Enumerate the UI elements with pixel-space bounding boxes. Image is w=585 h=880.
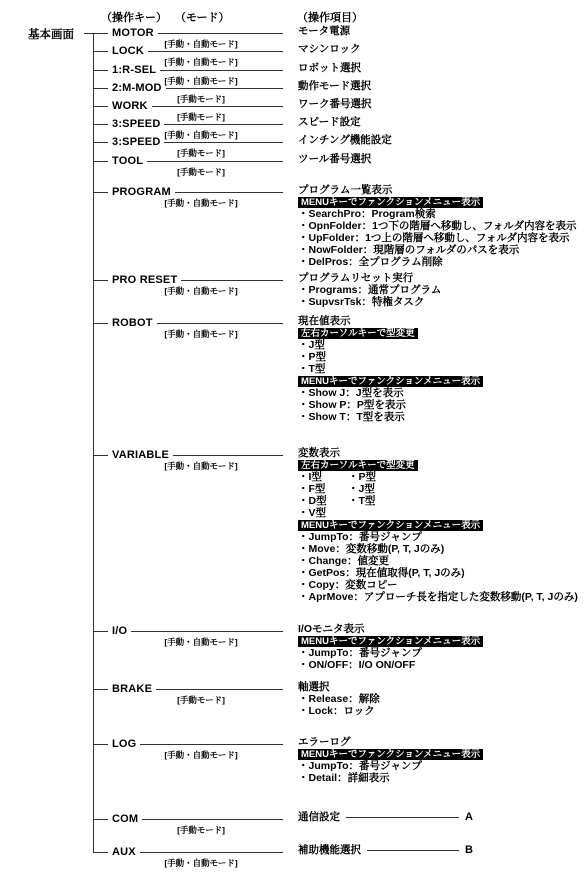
item-block-program: プログラム一覧表示MENUキーでファンクションメニュー表示・SearchPro：…	[298, 184, 576, 268]
function-item: ・UpFolder：1つ上の階層へ移動し、フォルダ内容を表示	[298, 232, 576, 244]
item-title-motor: モータ電源	[298, 25, 350, 37]
type-item: ・F型	[298, 483, 348, 495]
item-block-tool: ツール番号選択	[298, 153, 371, 165]
type-item: ・T型	[348, 495, 375, 507]
item-block-work: ワーク番号選択	[298, 98, 372, 110]
column-header-mode: （モード）	[175, 9, 230, 25]
function-item: ・Copy：変数コピー	[298, 579, 578, 591]
branch-line-i-o	[93, 631, 108, 632]
rule-line-aux	[140, 852, 283, 853]
function-item: ・Release：解除	[298, 693, 380, 705]
rule-line-1-r-sel	[160, 70, 283, 71]
inverted-note: 左右カーソルキーで型変更	[298, 460, 418, 471]
item-block-log: エラーログMENUキーでファンクションメニュー表示・JumpTo：番号ジャンプ・…	[298, 736, 483, 784]
item-title-work: ワーク番号選択	[298, 98, 372, 110]
rule-line-pro-reset	[181, 280, 283, 281]
rule-line-variable	[173, 455, 283, 456]
function-item: ・T型	[298, 363, 483, 375]
inverted-note: MENUキーでファンクションメニュー表示	[298, 376, 483, 387]
function-item: ・ON/OFF：I/O ON/OFF	[298, 659, 483, 671]
item-title-3-speed: インチング機能設定	[298, 134, 392, 146]
rule-line-2-m-mod	[166, 88, 283, 89]
root-label-basic-screen: 基本画面	[28, 26, 74, 42]
rule-line-work	[152, 106, 283, 107]
item-block-i-o: I/Oモニタ表示MENUキーでファンクションメニュー表示・JumpTo：番号ジャ…	[298, 623, 483, 671]
key-label-com: COM	[112, 813, 138, 825]
type-item: ・P型	[348, 471, 376, 483]
mode-label-pro-reset: [手動・自動モード]	[139, 285, 263, 297]
branch-line-variable	[93, 455, 108, 456]
item-line: MENUキーでファンクションメニュー表示	[298, 375, 483, 387]
function-item: ・Show T：T型を表示	[298, 411, 483, 423]
mode-label-brake: [手動モード]	[139, 694, 263, 706]
item-title-pro-reset: プログラムリセット実行	[298, 272, 441, 284]
item-title-tool: ツール番号選択	[298, 153, 371, 165]
function-item: ・J型	[298, 339, 483, 351]
item-title-i-o: I/Oモニタ表示	[298, 623, 483, 635]
function-item: ・OpnFolder：1つ下の階層へ移動し、フォルダ内容を表示	[298, 220, 576, 232]
inverted-note: MENUキーでファンクションメニュー表示	[298, 520, 483, 531]
mode-label-aux: [手動・自動モード]	[139, 857, 263, 869]
item-line: MENUキーでファンクションメニュー表示	[298, 196, 576, 208]
function-item: ・AprMove：アプローチ長を指定した変数移動(P, T, Jのみ)	[298, 591, 578, 603]
rule-line-tool	[147, 161, 283, 162]
rule-line-log	[140, 744, 283, 745]
item-label: 通信設定	[298, 811, 340, 823]
type-item: ・D型	[298, 495, 348, 507]
function-item: ・JumpTo：番号ジャンプ	[298, 760, 483, 772]
item-title-variable: 変数表示	[298, 447, 578, 459]
item-title-1-r-sel: ロボット選択	[298, 62, 361, 74]
branch-line-pro-reset	[93, 280, 108, 281]
function-item: ・NowFolder：現階層のフォルダのパスを表示	[298, 244, 576, 256]
rule-line-lock	[148, 51, 283, 52]
item-title-program: プログラム一覧表示	[298, 184, 576, 196]
item-block-2-m-mod: 動作モード選択	[298, 80, 371, 92]
item-block-1-r-sel: ロボット選択	[298, 62, 361, 74]
item-block-motor: モータ電源	[298, 25, 350, 37]
item-block-3-speed: インチング機能設定	[298, 134, 392, 146]
manual-page: { "header": { "col_key": "（操作キー）", "col_…	[0, 0, 585, 880]
branch-line-1-r-sel	[93, 70, 108, 71]
branch-line-3-speed	[93, 142, 108, 143]
function-item: ・V型	[298, 507, 578, 519]
item-block-variable: 変数表示左右カーソルキーで型変更・I型・P型・F型・J型・D型・T型・V型MEN…	[298, 447, 578, 603]
function-item: ・GetPos：現在値取得(P, T, Jのみ)	[298, 567, 578, 579]
function-item: ・Show J：J型を表示	[298, 387, 483, 399]
item-title-3-speed: スピード設定	[298, 116, 361, 128]
function-item: ・Show P：P型を表示	[298, 399, 483, 411]
branch-line-3-speed	[93, 124, 108, 125]
item-block-3-speed: スピード設定	[298, 116, 361, 128]
mode-label-com: [手動モード]	[139, 824, 263, 836]
item-block-pro-reset: プログラムリセット実行・Programs：通常プログラム・SupvsrTsk：特…	[298, 272, 441, 308]
item-block-aux: 補助機能選択B	[298, 844, 473, 856]
function-item: ・DelPros：全プログラム削除	[298, 256, 576, 268]
item-title-robot: 現在値表示	[298, 315, 483, 327]
page-ref-a: A	[465, 811, 473, 823]
inverted-note: 左右カーソルキーで型変更	[298, 328, 418, 339]
connector-line-aux	[367, 850, 459, 851]
function-item: ・JumpTo：番号ジャンプ	[298, 531, 578, 543]
rule-line-motor	[158, 33, 283, 34]
type-item-row: ・I型・P型	[298, 471, 578, 483]
item-title-aux: 補助機能選択B	[298, 844, 473, 856]
item-block-com: 通信設定A	[298, 811, 473, 823]
item-block-lock: マシンロック	[298, 43, 361, 55]
branch-line-work	[93, 106, 108, 107]
key-label-aux: AUX	[112, 846, 136, 858]
branch-line-aux	[93, 852, 108, 853]
column-header-operation-key: （操作キー）	[101, 9, 167, 25]
rule-line-i-o	[131, 631, 283, 632]
inverted-note: MENUキーでファンクションメニュー表示	[298, 636, 483, 647]
function-item: ・Change：値変更	[298, 555, 578, 567]
branch-line-com	[93, 819, 108, 820]
item-title-2-m-mod: 動作モード選択	[298, 80, 371, 92]
item-title-brake: 軸選択	[298, 681, 380, 693]
mode-label-log: [手動・自動モード]	[139, 749, 263, 761]
inverted-note: MENUキーでファンクションメニュー表示	[298, 197, 483, 208]
function-item: ・Move：変数移動(P, T, Jのみ)	[298, 543, 578, 555]
item-line: MENUキーでファンクションメニュー表示	[298, 519, 578, 531]
mode-label-robot: [手動・自動モード]	[139, 328, 263, 340]
branch-line-robot	[93, 323, 108, 324]
function-item: ・SearchPro：Program検索	[298, 208, 576, 220]
function-item: ・Lock：ロック	[298, 705, 380, 717]
rule-line-program	[175, 192, 283, 193]
branch-line-tool	[93, 161, 108, 162]
item-line: MENUキーでファンクションメニュー表示	[298, 748, 483, 760]
type-item: ・I型	[298, 471, 348, 483]
rule-line-com	[142, 819, 283, 820]
rule-line-robot	[157, 323, 283, 324]
branch-line-brake	[93, 689, 108, 690]
type-item-row: ・F型・J型	[298, 483, 578, 495]
item-block-robot: 現在値表示左右カーソルキーで型変更・J型・P型・T型MENUキーでファンクション…	[298, 315, 483, 423]
rule-line-3-speed	[164, 124, 283, 125]
function-item: ・Programs：通常プログラム	[298, 284, 441, 296]
branch-line-program	[93, 192, 108, 193]
branch-line-motor	[93, 33, 108, 34]
item-title-log: エラーログ	[298, 736, 483, 748]
column-header-operation-item: （操作項目）	[297, 9, 363, 25]
rule-line-brake	[156, 689, 283, 690]
type-item: ・J型	[348, 483, 375, 495]
item-block-brake: 軸選択・Release：解除・Lock：ロック	[298, 681, 380, 717]
connector-line-com	[346, 817, 459, 818]
rule-line-3-speed	[164, 142, 283, 143]
function-item: ・P型	[298, 351, 483, 363]
inverted-note: MENUキーでファンクションメニュー表示	[298, 749, 483, 760]
branch-line-lock	[93, 51, 108, 52]
item-line: 左右カーソルキーで型変更	[298, 327, 483, 339]
item-line: MENUキーでファンクションメニュー表示	[298, 635, 483, 647]
page-ref-b: B	[465, 844, 473, 856]
function-item: ・SupvsrTsk：特権タスク	[298, 296, 441, 308]
item-title-lock: マシンロック	[298, 43, 361, 55]
mode-label-tool: [手動モード]	[139, 166, 263, 178]
function-item: ・Detail：詳細表示	[298, 772, 483, 784]
mode-label-i-o: [手動・自動モード]	[139, 636, 263, 648]
type-item-row: ・D型・T型	[298, 495, 578, 507]
mode-label-program: [手動・自動モード]	[139, 197, 263, 209]
item-title-com: 通信設定A	[298, 811, 473, 823]
mode-label-variable: [手動・自動モード]	[139, 460, 263, 472]
item-line: 左右カーソルキーで型変更	[298, 459, 578, 471]
function-item: ・JumpTo：番号ジャンプ	[298, 647, 483, 659]
item-label: 補助機能選択	[298, 844, 361, 856]
branch-line-log	[93, 744, 108, 745]
branch-line-2-m-mod	[93, 88, 108, 89]
key-label-log: LOG	[112, 738, 136, 750]
key-label-i-o: I/O	[112, 625, 127, 637]
